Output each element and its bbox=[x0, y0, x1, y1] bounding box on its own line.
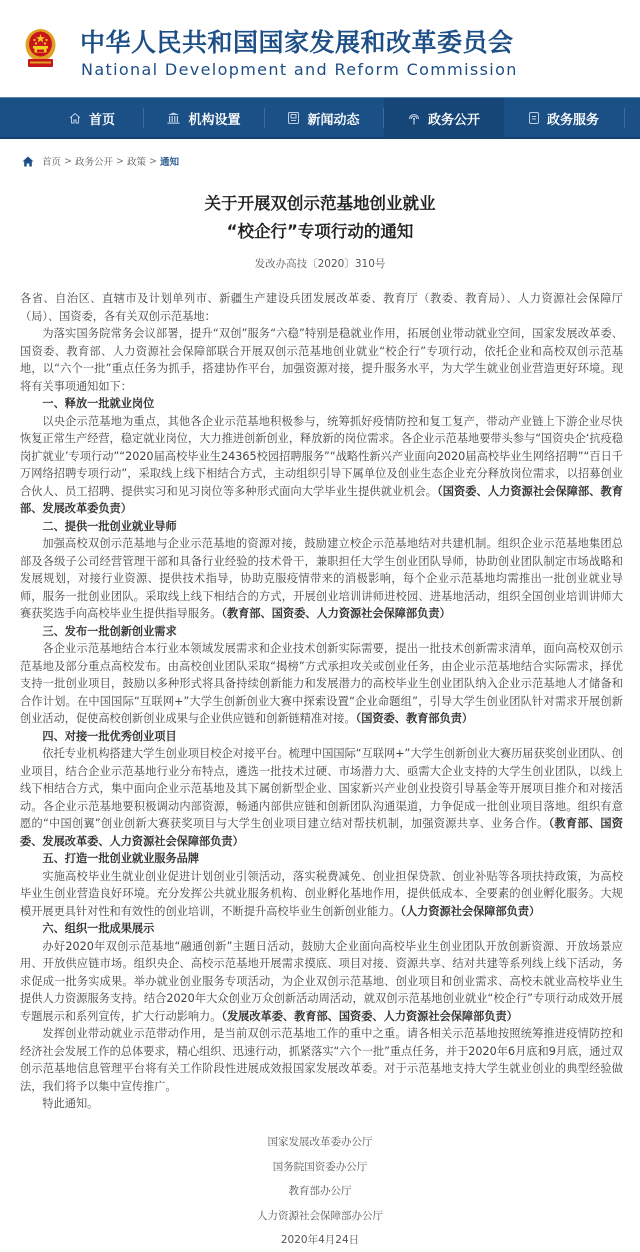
section-paragraph-4: 依托专业机构搭建大学生创业项目校企对接平台。梳理中国国际“互联网+”大学生创新创… bbox=[20, 745, 623, 850]
nav-label: 政务服务 bbox=[547, 109, 599, 128]
salutation: 各省、自治区、直辖市及计划单列市、新疆生产建设兵团发展改革委、教育厅（教委、教育… bbox=[20, 290, 623, 325]
section-paragraph-3: 各企业示范基地结合本行业本领域发展需求和企业技术创新实际需要，提出一批技术创新需… bbox=[20, 640, 623, 728]
home-icon[interactable] bbox=[22, 156, 34, 167]
breadcrumb-government-affairs[interactable]: 政务公开 bbox=[75, 154, 113, 168]
intro-paragraph: 为落实国务院常务会议部署，提升“双创”服务“六稳”特别是稳就业作用，拓展创业带动… bbox=[20, 325, 623, 395]
section-paragraph-2: 加强高校双创示范基地与企业示范基地的资源对接，鼓励建立校企示范基地结对共建机制。… bbox=[20, 535, 623, 623]
signature-block: 国家发展改革委办公厅 国务院国资委办公厅 教育部办公厅 人力资源社会保障部办公厅… bbox=[0, 1130, 640, 1252]
main-nav: 首页 机构设置 新闻动态 政务公开 政务服务 bbox=[0, 97, 640, 139]
breadcrumb-separator: > bbox=[149, 156, 157, 167]
breadcrumb-notice[interactable]: 通知 bbox=[160, 154, 179, 168]
breadcrumb-home[interactable]: 首页 bbox=[42, 154, 61, 168]
broadcast-icon bbox=[408, 112, 420, 125]
section-heading-1: 一、释放一批就业岗位 bbox=[20, 395, 623, 413]
breadcrumb-separator: > bbox=[116, 156, 124, 167]
national-emblem-icon[interactable] bbox=[25, 28, 56, 68]
nav-item-government-affairs[interactable]: 政务公开 bbox=[384, 98, 504, 138]
section-heading-6: 六、组织一批成果展示 bbox=[20, 920, 623, 938]
sign-off: 特此通知。 bbox=[20, 1095, 623, 1113]
section-heading-3: 三、发布一批创新创业需求 bbox=[20, 623, 623, 641]
nav-item-institutions[interactable]: 机构设置 bbox=[144, 98, 264, 138]
breadcrumb: 首页 > 政务公开 > 政策 > 通知 bbox=[22, 154, 179, 168]
signature-moe: 教育部办公厅 bbox=[0, 1179, 640, 1204]
nav-item-government-services[interactable]: 政务服务 bbox=[504, 98, 624, 138]
site-title-english: National Development and Reform Commissi… bbox=[81, 61, 518, 79]
nav-divider bbox=[624, 108, 625, 128]
document-number: 发改办高技〔2020〕310号 bbox=[0, 256, 640, 271]
section-text: 各企业示范基地结合本行业本领域发展需求和企业技术创新实际需要，提出一批技术创新需… bbox=[20, 642, 623, 725]
responsible-departments: （国资委、教育部负责） bbox=[356, 712, 473, 725]
section-paragraph-6: 办好2020年双创示范基地“融通创新”主题日活动，鼓励大企业面向高校毕业生创业团… bbox=[20, 938, 623, 1026]
section-text: 依托专业机构搭建大学生创业项目校企对接平台。梳理中国国际“互联网+”大学生创新创… bbox=[20, 747, 623, 830]
home-icon bbox=[69, 112, 81, 124]
nav-item-news[interactable]: 新闻动态 bbox=[265, 98, 383, 138]
section-heading-5: 五、打造一批创业就业服务品牌 bbox=[20, 850, 623, 868]
breadcrumb-policy[interactable]: 政策 bbox=[127, 154, 146, 168]
signature-mohrss: 人力资源社会保障部办公厅 bbox=[0, 1204, 640, 1229]
news-icon bbox=[288, 112, 299, 124]
section-heading-4: 四、对接一批优秀创业项目 bbox=[20, 728, 623, 746]
document-title-line-2: “校企行”专项行动的通知 bbox=[0, 218, 640, 246]
nav-label: 政务公开 bbox=[428, 109, 480, 128]
site-header: 中华人民共和国国家发展和改革委员会 National Development a… bbox=[0, 0, 640, 97]
responsible-departments: （发展改革委、教育部、国资委、人力资源社会保障部负责） bbox=[221, 1010, 517, 1023]
section-paragraph-5: 实施高校毕业生就业创业促进计划创业引领活动，落实税费减免、创业担保贷款、创业补贴… bbox=[20, 868, 623, 921]
section-heading-2: 二、提供一批创业就业导师 bbox=[20, 518, 623, 536]
signature-sasac: 国务院国资委办公厅 bbox=[0, 1155, 640, 1180]
responsible-departments: （教育部、国资委、人力资源社会保障部负责） bbox=[221, 607, 450, 620]
institution-icon bbox=[167, 112, 180, 124]
closing-paragraph: 发挥创业带动就业示范带动作用，是当前双创示范基地工作的重中之重。请各相关示范基地… bbox=[20, 1025, 623, 1095]
document-title-line-1: 关于开展双创示范基地创业就业 bbox=[0, 190, 640, 218]
signature-ndrc: 国家发展改革委办公厅 bbox=[0, 1130, 640, 1155]
nav-label: 机构设置 bbox=[188, 109, 240, 128]
document-body: 各省、自治区、直辖市及计划单列市、新疆生产建设兵团发展改革委、教育厅（教委、教育… bbox=[20, 290, 623, 1113]
section-paragraph-1: 以央企示范基地为重点，其他各企业示范基地积极参与，统筹抓好疫情防控和复工复产，带… bbox=[20, 413, 623, 518]
breadcrumb-separator: > bbox=[64, 156, 72, 167]
site-title-chinese[interactable]: 中华人民共和国国家发展和改革委员会 bbox=[80, 28, 514, 58]
document-date: 2020年4月24日 bbox=[0, 1228, 640, 1252]
responsible-departments: （人力资源社会保障部负责） bbox=[400, 905, 540, 918]
document-title: 关于开展双创示范基地创业就业 “校企行”专项行动的通知 bbox=[0, 190, 640, 246]
nav-label: 首页 bbox=[89, 109, 115, 128]
nav-item-home[interactable]: 首页 bbox=[42, 98, 142, 138]
document-icon bbox=[529, 112, 539, 124]
nav-label: 新闻动态 bbox=[307, 109, 359, 128]
